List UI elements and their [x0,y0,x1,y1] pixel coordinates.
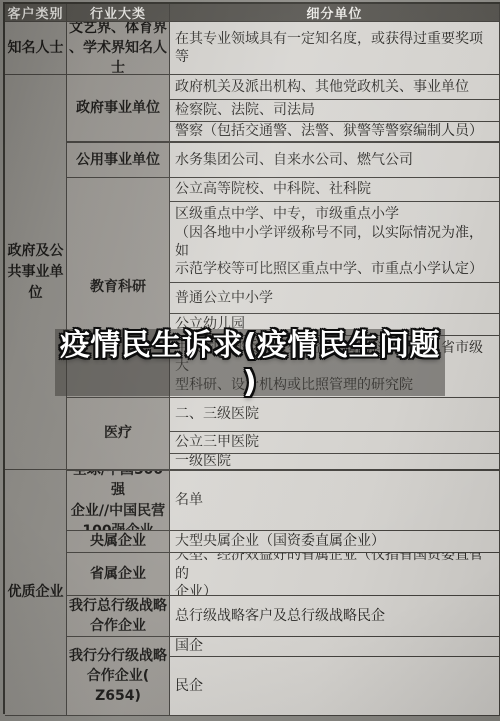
category-cell-quality-enterprise: 优质企业 [5,470,67,716]
unit-cell: 区级重点中学、中专，市级重点小学 （因各地中小学评级称号不同，以实际情况为准，如… [170,202,500,283]
industry-cell-branch-strategic: 我行分行级战略 合作企业( Z654) [67,637,170,716]
unit-cell: 政府机关及派出机构、其他党政机关、事业单位 [170,75,500,100]
column-header-subdivided-unit: 细分单位 [170,4,500,22]
unit-cell: 公立三甲医院 [170,432,500,454]
industry-cell-arts-sports-academia: 文艺界、体育界 、学术界知名人 士 [67,22,170,75]
article-photo: { "overlay": { "title": "疫情民生诉求(疫情民生问题\n… [0,0,500,721]
unit-cell: 在其专业领域具有一定知名度，或获得过重要奖项等 [170,22,500,75]
unit-cell: 一级医院 [170,454,500,470]
unit-cell: 警察（包括交通警、法警、狱警等警察编制人员） [170,122,500,142]
unit-cell: 总行级战略客户及总行级战略民企 [170,596,500,637]
industry-cell-provincial-enterprise: 省属企业 [67,553,170,596]
industry-cell-head-office-strategic: 我行总行级战略 合作企业 [67,596,170,637]
overlay-title-text: 疫情民生诉求(疫情民生问题 ) [60,327,440,401]
industry-cell-fortune-500: 全球/中国500强 企业//中国民营 100强企业 [67,470,170,531]
industry-cell-central-enterprise: 央属企业 [67,531,170,553]
unit-cell: 国企 [170,637,500,657]
category-cell-government-public: 政府及公 共事业单 位 [5,75,67,470]
unit-cell: 二、三级医院 [170,398,500,432]
unit-cell: 民企 [170,657,500,716]
unit-cell: 普通公立中小学 [170,283,500,314]
unit-cell: 公立高等院校、中科院、社科院 [170,178,500,202]
industry-cell-medical: 医疗 [67,398,170,470]
column-header-customer-category: 客户类别 [5,4,67,22]
overlay-title-banner: 疫情民生诉求(疫情民生问题 ) [55,329,445,396]
unit-cell: 大型、经济效益好的省属企业（仅指省国资委直管的 企业） [170,553,500,596]
unit-cell: 大型央属企业（国资委直属企业） [170,531,500,553]
unit-cell: 检察院、法院、司法局 [170,100,500,122]
unit-cell: 水务集团公司、自来水公司、燃气公司 [170,142,500,178]
category-cell-famous-people: 知名人士 [5,22,67,75]
industry-cell-public-utilities: 公用事业单位 [67,142,170,178]
industry-cell-government-institutions: 政府事业单位 [67,75,170,142]
unit-cell: 名单 [170,470,500,531]
column-header-industry-category: 行业大类 [67,4,170,22]
